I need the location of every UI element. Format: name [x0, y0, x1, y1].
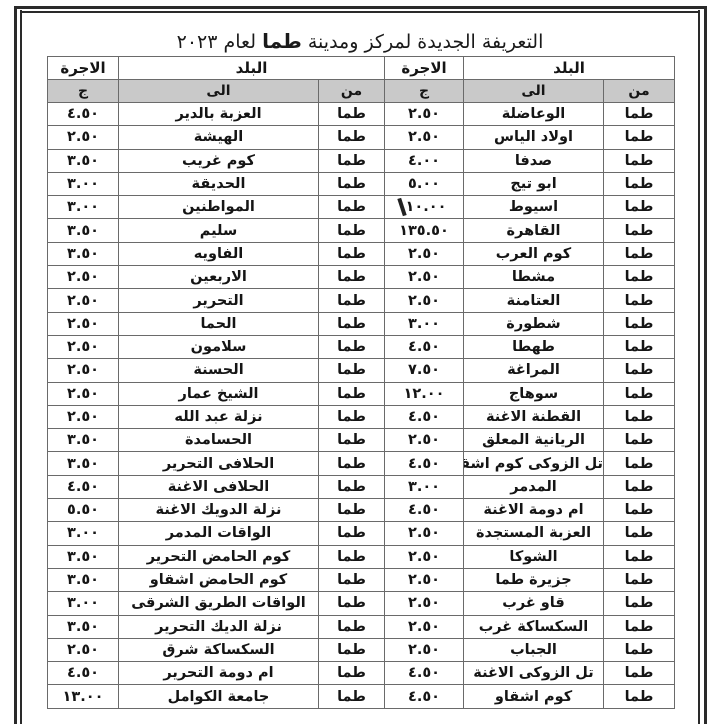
table-row: ٤.٥٠الحلافى الاغنةطما٣.٠٠المدمرطما: [48, 475, 675, 498]
right-from-cell: طما: [604, 172, 675, 195]
table-row: ٢.٥٠الحماطما٣.٠٠شطورةطما: [48, 312, 675, 335]
right-from-cell: طما: [604, 475, 675, 498]
left-fare-cell: ٣.٥٠: [48, 429, 119, 452]
title-prefix: التعريفة الجديدة لمركز ومدينة: [308, 31, 544, 53]
right-to-cell: المدمر: [464, 475, 604, 498]
right-from-cell: طما: [604, 219, 675, 242]
left-fare-cell: ٥.٥٠: [48, 499, 119, 522]
table-row: ٢.٥٠السكساكة شرقطما٢.٥٠الجبابطما: [48, 638, 675, 661]
right-fare-cell: ٢.٥٠: [385, 126, 464, 149]
right-to-cell: المراغة: [464, 359, 604, 382]
left-from-cell: طما: [319, 662, 385, 685]
left-fare-cell: ٣.٥٠: [48, 615, 119, 638]
table-row: ٣.٥٠الفاويهطما٢.٥٠كوم العربطما: [48, 242, 675, 265]
left-fare-cell: ٢.٥٠: [48, 289, 119, 312]
right-from-cell: طما: [604, 266, 675, 289]
left-to-cell: الواقات المدمر: [119, 522, 319, 545]
right-to-cell: قاو غرب: [464, 592, 604, 615]
right-to-cell: طهطا: [464, 335, 604, 358]
right-fare-cell: ١٠.٠٠: [385, 196, 464, 219]
left-fare-cell: ٣.٠٠: [48, 592, 119, 615]
right-fare-cell: ٢.٥٠: [385, 429, 464, 452]
table-row: ٣.٥٠كوم الحامض اشقاوطما٢.٥٠جزيرة طماطما: [48, 568, 675, 591]
right-from-cell: طما: [604, 382, 675, 405]
right-from-cell: طما: [604, 522, 675, 545]
left-fare-cell: ٣.٥٠: [48, 219, 119, 242]
right-from-cell: طما: [604, 662, 675, 685]
left-from-cell: طما: [319, 638, 385, 661]
right-fare-cell: ٤.٠٠: [385, 149, 464, 172]
page-border-right: [704, 6, 707, 724]
left-fare-cell: ٢.٥٠: [48, 359, 119, 382]
table-row: ٢.٥٠سلامونطما٤.٥٠طهطاطما: [48, 335, 675, 358]
left-from-cell: طما: [319, 219, 385, 242]
right-fare-cell: ٤.٥٠: [385, 685, 464, 708]
left-fare-cell: ١٣.٠٠: [48, 685, 119, 708]
right-to-cell: ابو تيج: [464, 172, 604, 195]
right-to-cell: الوعاضلة: [464, 103, 604, 126]
right-to-cell: سوهاج: [464, 382, 604, 405]
right-to-cell: كوم اشقاو: [464, 685, 604, 708]
table-row: ٣.٠٠الواقات المدمرطما٢.٥٠العزبة المستجدة…: [48, 522, 675, 545]
left-from-cell: طما: [319, 103, 385, 126]
left-to-cell: سلامون: [119, 335, 319, 358]
right-to-cell: مشطا: [464, 266, 604, 289]
table-row: ٢.٥٠الاربعينطما٢.٥٠مشطاطما: [48, 266, 675, 289]
right-from-cell: طما: [604, 196, 675, 219]
left-fare-cell: ٣.٥٠: [48, 242, 119, 265]
left-fare-cell: ٣.٠٠: [48, 522, 119, 545]
right-to-cell: تل الزوكى الاغنة: [464, 662, 604, 685]
right-fare-cell: ٤.٥٠: [385, 335, 464, 358]
right-from-cell: طما: [604, 103, 675, 126]
table-row: ٣.٥٠الحسامدةطما٢.٥٠الريانية المعلقطما: [48, 429, 675, 452]
left-to-cell: نزلة الديك التحرير: [119, 615, 319, 638]
right-from-cell: طما: [604, 335, 675, 358]
left-from-cell: طما: [319, 335, 385, 358]
right-from-cell: طما: [604, 405, 675, 428]
left-fare-cell: ٢.٥٠: [48, 312, 119, 335]
page-border-left-inner: [20, 10, 22, 724]
right-from-header: من: [604, 80, 675, 103]
left-from-cell: طما: [319, 615, 385, 638]
left-from-cell: طما: [319, 568, 385, 591]
left-to-cell: الواقات الطريق الشرقى: [119, 592, 319, 615]
right-fare-cell: ٢.٥٠: [385, 592, 464, 615]
left-to-cell: الاربعين: [119, 266, 319, 289]
header-row-2: ج الى من ج الى من: [48, 80, 675, 103]
left-fare-header: الاجرة: [48, 57, 119, 80]
left-from-cell: طما: [319, 499, 385, 522]
right-to-cell: القطنة الاغنة: [464, 405, 604, 428]
right-fare-cell: ٣.٠٠: [385, 312, 464, 335]
right-from-cell: طما: [604, 499, 675, 522]
table-row: ٣.٥٠كوم غريبطما٤.٠٠صدفاطما: [48, 149, 675, 172]
left-to-cell: المواطنين: [119, 196, 319, 219]
right-to-cell: كوم العرب: [464, 242, 604, 265]
right-to-cell: القاهرة: [464, 219, 604, 242]
fare-table: الاجرة البلد الاجرة البلد ج الى من ج الى…: [47, 56, 675, 709]
right-fare-cell: ٢.٥٠: [385, 242, 464, 265]
right-to-cell: السكساكة غرب: [464, 615, 604, 638]
left-currency-header: ج: [48, 80, 119, 103]
right-to-cell: جزيرة طما: [464, 568, 604, 591]
right-fare-cell: ٢.٥٠: [385, 266, 464, 289]
left-from-cell: طما: [319, 522, 385, 545]
left-to-cell: الهيشة: [119, 126, 319, 149]
left-to-cell: الحلافى التحرير: [119, 452, 319, 475]
right-from-cell: طما: [604, 359, 675, 382]
right-to-cell: الجباب: [464, 638, 604, 661]
right-fare-header: الاجرة: [385, 57, 464, 80]
left-from-cell: طما: [319, 359, 385, 382]
right-from-cell: طما: [604, 568, 675, 591]
table-row: ٣.٠٠الحديقةطما٥.٠٠ابو تيجطما: [48, 172, 675, 195]
left-fare-cell: ٢.٥٠: [48, 335, 119, 358]
table-row: ٣.٠٠المواطنينطما١٠.٠٠اسيوططما: [48, 196, 675, 219]
table-row: ٥.٥٠نزلة الدويك الاغنةطما٤.٥٠ام دومة الا…: [48, 499, 675, 522]
left-fare-cell: ٣.٥٠: [48, 149, 119, 172]
right-from-cell: طما: [604, 429, 675, 452]
left-from-cell: طما: [319, 242, 385, 265]
handwritten-mark: [397, 198, 406, 216]
right-to-cell: الريانية المعلق: [464, 429, 604, 452]
right-from-cell: طما: [604, 685, 675, 708]
right-to-cell: شطورة: [464, 312, 604, 335]
left-to-cell: الحسامدة: [119, 429, 319, 452]
title-city: طما: [262, 29, 302, 53]
right-to-cell: العزبة المستجدة: [464, 522, 604, 545]
left-to-cell: التحرير: [119, 289, 319, 312]
right-from-cell: طما: [604, 312, 675, 335]
left-from-header: من: [319, 80, 385, 103]
left-from-cell: طما: [319, 475, 385, 498]
right-from-cell: طما: [604, 289, 675, 312]
left-to-cell: الحديقة: [119, 172, 319, 195]
table-row: ٣.٥٠نزلة الديك التحريرطما٢.٥٠السكساكة غر…: [48, 615, 675, 638]
right-fare-cell: ٤.٥٠: [385, 499, 464, 522]
right-fare-cell: ٢.٥٠: [385, 545, 464, 568]
right-from-cell: طما: [604, 149, 675, 172]
right-fare-cell: ٢.٥٠: [385, 638, 464, 661]
left-to-cell: الحما: [119, 312, 319, 335]
right-from-cell: طما: [604, 452, 675, 475]
right-fare-cell: ٥.٠٠: [385, 172, 464, 195]
left-to-cell: العزبة بالدير: [119, 103, 319, 126]
right-fare-cell: ١٢.٠٠: [385, 382, 464, 405]
left-from-cell: طما: [319, 312, 385, 335]
right-to-cell: العتامنة: [464, 289, 604, 312]
right-from-cell: طما: [604, 592, 675, 615]
right-fare-cell: ٧.٥٠: [385, 359, 464, 382]
left-to-header: الى: [119, 80, 319, 103]
left-to-cell: كوم الحامض اشقاو: [119, 568, 319, 591]
left-from-cell: طما: [319, 592, 385, 615]
left-to-cell: الشيخ عمار: [119, 382, 319, 405]
left-to-cell: كوم الحامض التحرير: [119, 545, 319, 568]
left-to-cell: كوم غريب: [119, 149, 319, 172]
right-from-cell: طما: [604, 615, 675, 638]
left-fare-cell: ٣.٠٠: [48, 196, 119, 219]
right-to-header: الى: [464, 80, 604, 103]
left-town-header: البلد: [119, 57, 385, 80]
left-fare-cell: ٢.٥٠: [48, 126, 119, 149]
left-fare-cell: ٤.٥٠: [48, 475, 119, 498]
left-to-cell: الفاويه: [119, 242, 319, 265]
left-fare-cell: ٤.٥٠: [48, 662, 119, 685]
left-to-cell: السكساكة شرق: [119, 638, 319, 661]
left-from-cell: طما: [319, 429, 385, 452]
title-suffix: لعام ٢٠٢٣: [177, 31, 256, 53]
left-from-cell: طما: [319, 149, 385, 172]
right-to-cell: ام دومة الاغنة: [464, 499, 604, 522]
table-row: ١٣.٠٠جامعة الكواملطما٤.٥٠كوم اشقاوطما: [48, 685, 675, 708]
table-row: ٢.٥٠التحريرطما٢.٥٠العتامنةطما: [48, 289, 675, 312]
right-currency-header: ج: [385, 80, 464, 103]
right-to-cell: تل الزوكى كوم اشقاو: [464, 452, 604, 475]
right-to-cell: الشوكا: [464, 545, 604, 568]
left-from-cell: طما: [319, 289, 385, 312]
right-fare-cell: ٢.٥٠: [385, 289, 464, 312]
table-row: ٤.٥٠العزبة بالديرطما٢.٥٠الوعاضلةطما: [48, 103, 675, 126]
left-fare-cell: ٢.٥٠: [48, 266, 119, 289]
table-row: ٢.٥٠نزلة عبد اللهطما٤.٥٠القطنة الاغنةطما: [48, 405, 675, 428]
right-fare-cell: ٤.٥٠: [385, 405, 464, 428]
left-fare-cell: ٤.٥٠: [48, 103, 119, 126]
right-fare-cell: ٣.٠٠: [385, 475, 464, 498]
left-from-cell: طما: [319, 405, 385, 428]
right-from-cell: طما: [604, 242, 675, 265]
right-fare-cell: ٢.٥٠: [385, 568, 464, 591]
table-row: ٣.٠٠الواقات الطريق الشرقىطما٢.٥٠قاو غربط…: [48, 592, 675, 615]
page-border-top-inner: [20, 11, 700, 13]
right-from-cell: طما: [604, 638, 675, 661]
left-to-cell: جامعة الكوامل: [119, 685, 319, 708]
right-to-cell: اولاد الياس: [464, 126, 604, 149]
right-fare-cell: ٤.٥٠: [385, 452, 464, 475]
right-fare-cell: ٤.٥٠: [385, 662, 464, 685]
left-from-cell: طما: [319, 545, 385, 568]
page-border-left: [14, 6, 17, 724]
right-fare-cell: ٢.٥٠: [385, 615, 464, 638]
right-from-cell: طما: [604, 545, 675, 568]
left-to-cell: الحسنة: [119, 359, 319, 382]
left-fare-cell: ٣.٥٠: [48, 568, 119, 591]
left-from-cell: طما: [319, 266, 385, 289]
left-to-cell: الحلافى الاغنة: [119, 475, 319, 498]
left-from-cell: طما: [319, 452, 385, 475]
left-fare-cell: ٢.٥٠: [48, 382, 119, 405]
right-from-cell: طما: [604, 126, 675, 149]
left-fare-cell: ٣.٥٠: [48, 545, 119, 568]
left-from-cell: طما: [319, 126, 385, 149]
left-fare-cell: ٣.٥٠: [48, 452, 119, 475]
header-row-1: الاجرة البلد الاجرة البلد: [48, 57, 675, 80]
right-fare-cell: ٢.٥٠: [385, 522, 464, 545]
page-border-right-inner: [698, 10, 700, 724]
document-title: التعريفة الجديدة لمركز ومدينة طما لعام ٢…: [47, 28, 673, 54]
left-to-cell: نزلة الدويك الاغنة: [119, 499, 319, 522]
left-fare-cell: ٣.٠٠: [48, 172, 119, 195]
table-row: ٣.٥٠الحلافى التحريرطما٤.٥٠تل الزوكى كوم …: [48, 452, 675, 475]
table-row: ٤.٥٠ام دومة التحريرطما٤.٥٠تل الزوكى الاغ…: [48, 662, 675, 685]
table-row: ٢.٥٠الحسنةطما٧.٥٠المراغةطما: [48, 359, 675, 382]
right-town-header: البلد: [464, 57, 675, 80]
left-fare-cell: ٢.٥٠: [48, 638, 119, 661]
left-from-cell: طما: [319, 685, 385, 708]
left-to-cell: نزلة عبد الله: [119, 405, 319, 428]
right-to-cell: اسيوط: [464, 196, 604, 219]
left-from-cell: طما: [319, 172, 385, 195]
left-from-cell: طما: [319, 196, 385, 219]
table-row: ٢.٥٠الشيخ عمارطما١٢.٠٠سوهاجطما: [48, 382, 675, 405]
left-to-cell: سليم: [119, 219, 319, 242]
table-row: ٢.٥٠الهيشةطما٢.٥٠اولاد الياسطما: [48, 126, 675, 149]
left-to-cell: ام دومة التحرير: [119, 662, 319, 685]
left-fare-cell: ٢.٥٠: [48, 405, 119, 428]
left-from-cell: طما: [319, 382, 385, 405]
table-row: ٣.٥٠سليمطما١٣٥.٥٠القاهرةطما: [48, 219, 675, 242]
right-to-cell: صدفا: [464, 149, 604, 172]
right-fare-cell: ١٣٥.٥٠: [385, 219, 464, 242]
page-border-top: [14, 6, 707, 9]
right-fare-cell: ٢.٥٠: [385, 103, 464, 126]
table-row: ٣.٥٠كوم الحامض التحريرطما٢.٥٠الشوكاطما: [48, 545, 675, 568]
